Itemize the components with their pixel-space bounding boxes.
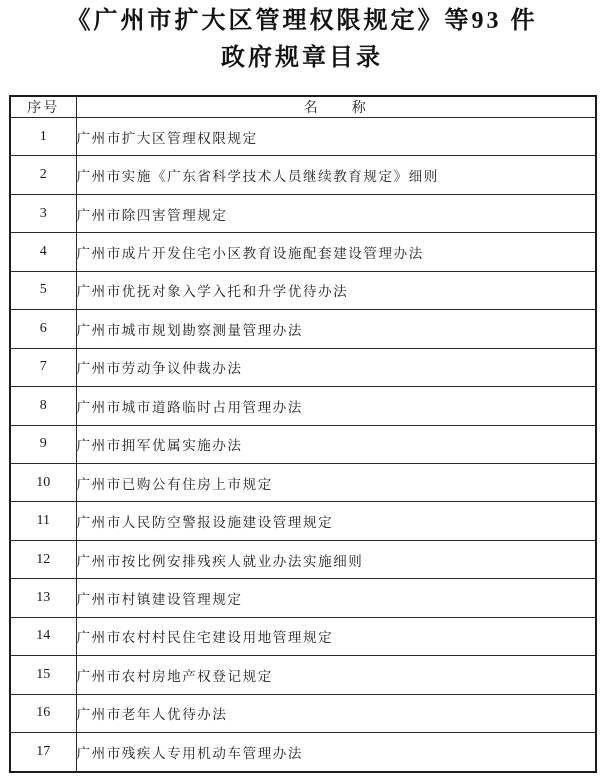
row-index: 12 (10, 540, 76, 578)
table-row: 2 广州市实施《广东省科学技术人员继续教育规定》细则 (10, 156, 596, 194)
row-index: 5 (10, 271, 76, 309)
row-index: 4 (10, 233, 76, 271)
row-name: 广州市农村村民住宅建设用地管理规定 (76, 617, 596, 655)
row-index: 15 (10, 656, 76, 694)
table-row: 17 广州市残疾人专用机动车管理办法 (10, 733, 596, 773)
column-header-index: 序号 (10, 96, 76, 118)
page-title: 《广州市扩大区管理权限规定》等93 件 政府规章目录 (0, 3, 604, 77)
table-row: 11 广州市人民防空警报设施建设管理规定 (10, 502, 596, 540)
row-name: 广州市按比例安排残疾人就业办法实施细则 (76, 540, 596, 578)
column-header-name: 名 称 (76, 96, 596, 118)
row-index: 1 (10, 118, 76, 156)
row-index: 10 (10, 463, 76, 501)
table-row: 16 广州市老年人优待办法 (10, 694, 596, 732)
row-index: 3 (10, 194, 76, 232)
row-name: 广州市残疾人专用机动车管理办法 (76, 733, 596, 773)
document-page: 《广州市扩大区管理权限规定》等93 件 政府规章目录 序号 名 称 1 广州市扩… (0, 0, 604, 782)
table-row: 3 广州市除四害管理规定 (10, 194, 596, 232)
row-name: 广州市实施《广东省科学技术人员继续教育规定》细则 (76, 156, 596, 194)
row-name: 广州市老年人优待办法 (76, 694, 596, 732)
row-name: 广州市优抚对象入学入托和升学优待办法 (76, 271, 596, 309)
row-name: 广州市城市道路临时占用管理办法 (76, 387, 596, 425)
row-name: 广州市农村房地产权登记规定 (76, 656, 596, 694)
row-index: 2 (10, 156, 76, 194)
row-name: 广州市劳动争议仲裁办法 (76, 348, 596, 386)
row-index: 8 (10, 387, 76, 425)
table-row: 4 广州市成片开发住宅小区教育设施配套建设管理办法 (10, 233, 596, 271)
row-name: 广州市人民防空警报设施建设管理规定 (76, 502, 596, 540)
table-row: 9 广州市拥军优属实施办法 (10, 425, 596, 463)
regulations-table: 序号 名 称 1 广州市扩大区管理权限规定 2 广州市实施《广东省科学技术人员继… (9, 95, 597, 773)
table-row: 6 广州市城市规划勘察测量管理办法 (10, 310, 596, 348)
row-index: 17 (10, 733, 76, 773)
table-header-row: 序号 名 称 (10, 96, 596, 118)
row-index: 6 (10, 310, 76, 348)
page-title-line2: 政府规章目录 (0, 40, 604, 77)
row-name: 广州市村镇建设管理规定 (76, 579, 596, 617)
row-index: 14 (10, 617, 76, 655)
table-row: 10 广州市已购公有住房上市规定 (10, 463, 596, 501)
table-row: 12 广州市按比例安排残疾人就业办法实施细则 (10, 540, 596, 578)
page-title-line1: 《广州市扩大区管理权限规定》等93 件 (0, 3, 604, 40)
table-row: 15 广州市农村房地产权登记规定 (10, 656, 596, 694)
row-index: 7 (10, 348, 76, 386)
table-row: 14 广州市农村村民住宅建设用地管理规定 (10, 617, 596, 655)
row-name: 广州市城市规划勘察测量管理办法 (76, 310, 596, 348)
row-index: 13 (10, 579, 76, 617)
row-name: 广州市拥军优属实施办法 (76, 425, 596, 463)
row-name: 广州市除四害管理规定 (76, 194, 596, 232)
row-index: 16 (10, 694, 76, 732)
table-row: 8 广州市城市道路临时占用管理办法 (10, 387, 596, 425)
table-row: 13 广州市村镇建设管理规定 (10, 579, 596, 617)
row-name: 广州市成片开发住宅小区教育设施配套建设管理办法 (76, 233, 596, 271)
row-name: 广州市扩大区管理权限规定 (76, 118, 596, 156)
row-index: 9 (10, 425, 76, 463)
table-row: 1 广州市扩大区管理权限规定 (10, 118, 596, 156)
row-index: 11 (10, 502, 76, 540)
table-row: 5 广州市优抚对象入学入托和升学优待办法 (10, 271, 596, 309)
table-row: 7 广州市劳动争议仲裁办法 (10, 348, 596, 386)
row-name: 广州市已购公有住房上市规定 (76, 463, 596, 501)
table-body: 1 广州市扩大区管理权限规定 2 广州市实施《广东省科学技术人员继续教育规定》细… (10, 118, 596, 773)
